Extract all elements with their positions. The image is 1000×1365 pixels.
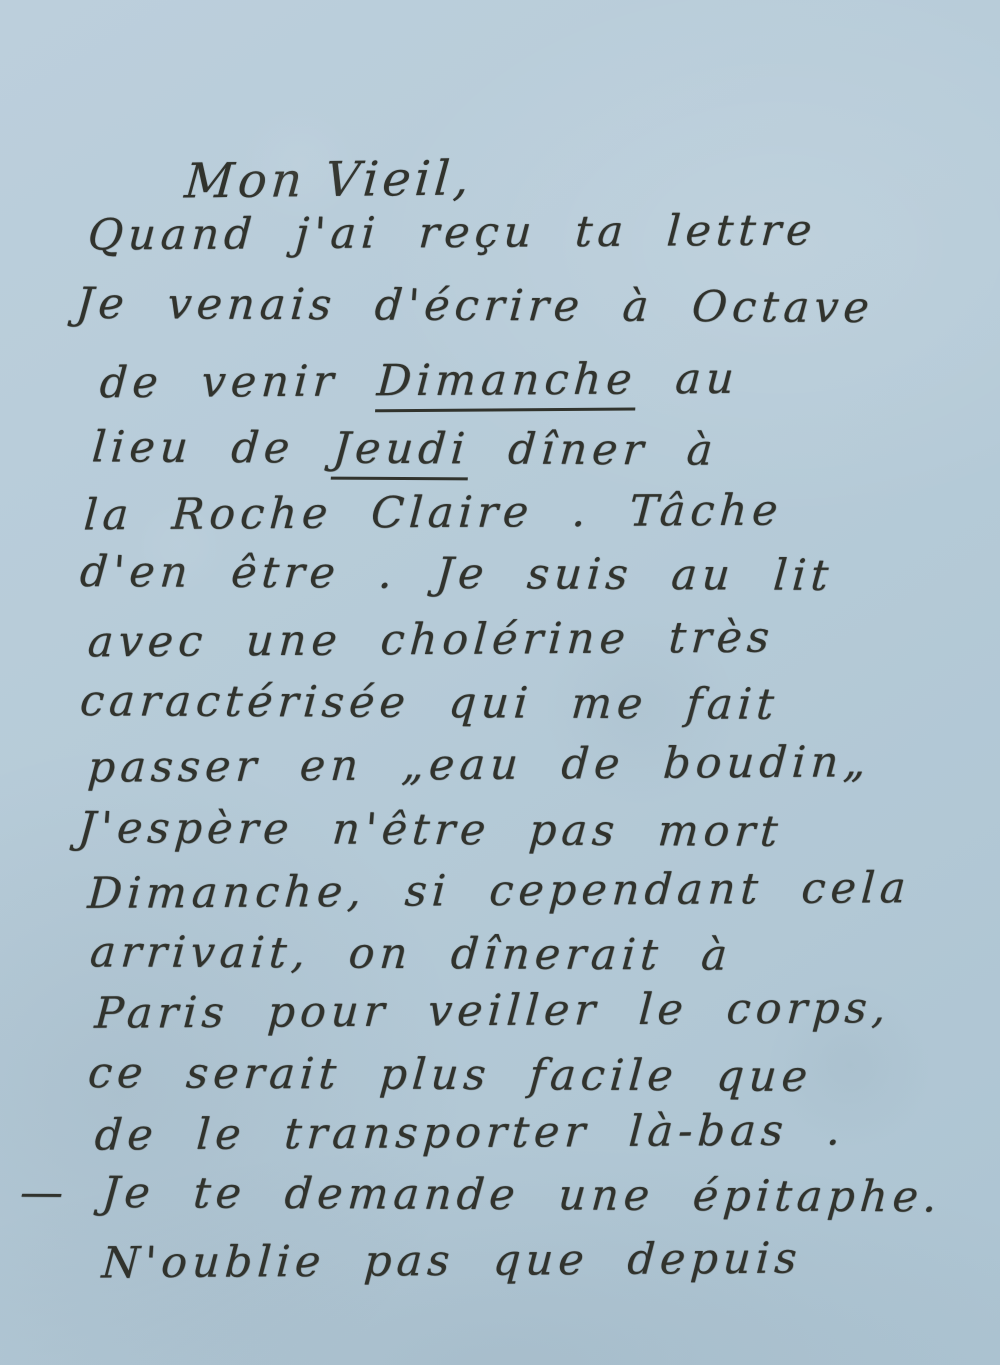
line-text: N'oublie pas que depuis bbox=[100, 1234, 803, 1289]
line-text: Je te demande une épitaphe. bbox=[100, 1168, 943, 1222]
letter-page: Mon Vieil, Quand j'ai reçu ta lettreJe v… bbox=[0, 0, 1000, 1365]
line-text: caractérisée qui me fait bbox=[78, 676, 780, 730]
line-text: Paris pour veiller le corps, bbox=[93, 983, 892, 1039]
line-text: la Roche Claire . Tâche bbox=[82, 486, 784, 541]
line-text: d'en être . Je suis au lit bbox=[78, 547, 835, 601]
line-text: Dimanche, si cependant cela bbox=[86, 863, 912, 919]
letter-line: Je venais d'écrire à Octave bbox=[74, 279, 876, 333]
line-text: de le transporter là-bas . bbox=[93, 1105, 847, 1160]
line-text: J'espère n'être pas mort bbox=[76, 803, 784, 857]
line-text: passer en „eau de boudin„ bbox=[86, 737, 872, 792]
letter-line: passer en „eau de boudin„ bbox=[86, 737, 872, 792]
letter-line: avec une cholérine très bbox=[86, 613, 775, 668]
letter-line: J'espère n'être pas mort bbox=[76, 803, 784, 857]
letter-line: de le transporter là-bas . bbox=[93, 1105, 847, 1160]
letter-line: ce serait plus facile que bbox=[86, 1048, 814, 1102]
line-text: Je venais d'écrire à Octave bbox=[74, 279, 876, 333]
line-text: ce serait plus facile que bbox=[86, 1048, 814, 1102]
letter-line: caractérisée qui me fait bbox=[78, 676, 780, 730]
line-text: arrivait, on dînerait à bbox=[88, 927, 734, 980]
underlined-word: Jeudi bbox=[331, 424, 472, 481]
letter-line: N'oublie pas que depuis bbox=[100, 1234, 803, 1289]
letter-line: Dimanche, si cependant cela bbox=[86, 863, 912, 919]
letter-line: Paris pour veiller le corps, bbox=[93, 983, 892, 1039]
letter-line: —Je te demande une épitaphe. bbox=[18, 1168, 943, 1223]
letter-line: la Roche Claire . Tâche bbox=[82, 486, 784, 541]
line-text: au bbox=[635, 354, 740, 405]
line-text: de venir bbox=[98, 356, 378, 408]
line-text: avec une cholérine très bbox=[86, 613, 775, 668]
underlined-word: Dimanche bbox=[375, 354, 638, 412]
letter-line: Quand j'ai reçu ta lettre bbox=[86, 205, 818, 260]
line-text: lieu de bbox=[90, 422, 335, 473]
salutation: Mon Vieil, bbox=[183, 150, 475, 209]
letter-line: d'en être . Je suis au lit bbox=[78, 547, 835, 601]
margin-dash: — bbox=[18, 1168, 70, 1218]
letter-line: lieu de Jeudi dîner à bbox=[90, 422, 719, 475]
letter-line: de venir Dimanche au bbox=[98, 354, 740, 408]
line-text: Quand j'ai reçu ta lettre bbox=[86, 205, 818, 260]
line-text: dîner à bbox=[468, 424, 720, 475]
letter-line: arrivait, on dînerait à bbox=[88, 927, 734, 980]
